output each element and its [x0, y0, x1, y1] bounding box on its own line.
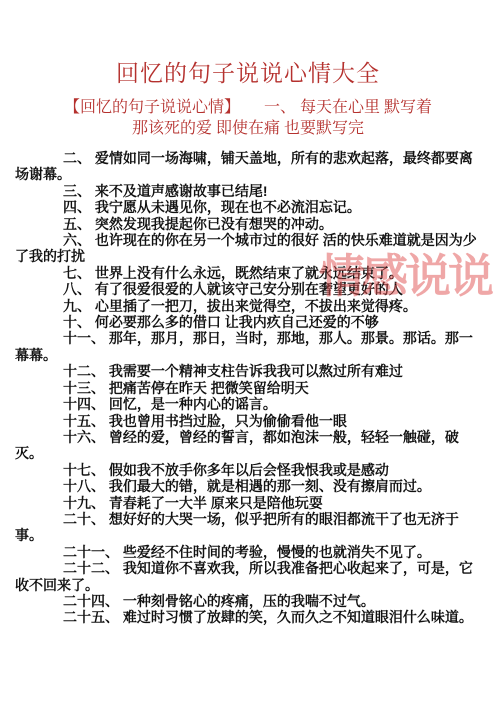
list-item: 二、 爱情如同一场海啸，铺天盖地，所有的悲欢起落，最终都要离场谢幕。: [15, 150, 481, 183]
quote-list: 二、 爱情如同一场海啸，铺天盖地，所有的悲欢起落，最终都要离场谢幕。 三、 来不…: [0, 150, 496, 626]
list-item: 十三、 把痛苦停在昨天 把微笑留给明天: [15, 380, 481, 396]
list-item: 十九、 青春耗了一大半 原来只是陪他玩耍: [15, 495, 481, 511]
lead-line-1: 【回忆的句子说说心情】 一、 每天在心里 默写着: [0, 97, 496, 118]
list-item: 十八、 我们最大的错，就是相遇的那一刻、没有擦肩而过。: [15, 478, 481, 494]
article-page: 回忆的句子说说心情大全 【回忆的句子说说心情】 一、 每天在心里 默写着 那该死…: [0, 0, 496, 702]
list-item: 七、 世界上没有什么永远，既然结束了就永远结束了。: [15, 265, 481, 281]
list-item: 二十二、 我知道你不喜欢我，所以我准备把心收起来了，可是，它收不回来了。: [15, 560, 481, 593]
list-item: 二十、 想好好的大哭一场，似乎把所有的眼泪都流干了也无济于事。: [15, 511, 481, 544]
list-item: 五、 突然发现我提起你已没有想哭的冲动。: [15, 216, 481, 232]
list-item: 九、 心里插了一把刀，拔出来觉得空，不拔出来觉得疼。: [15, 298, 481, 314]
list-item: 十五、 我也曾用书挡过脸，只为偷偷看他一眼: [15, 413, 481, 429]
lead-line-2: 那该死的爱 即使在痛 也要默写完: [0, 118, 496, 139]
list-item: 十、 何必要那么多的借口 让我内疚自己还爱的不够: [15, 314, 481, 330]
page-title: 回忆的句子说说心情大全: [0, 0, 496, 88]
list-item: 二十四、 一种刻骨铭心的疼痛，压的我喘不过气。: [15, 593, 481, 609]
list-item: 十七、 假如我不放手你多年以后会怪我恨我或是感动: [15, 462, 481, 478]
list-item: 十一、 那年，那月，那日，当时，那地，那人。那景。那话。那一幕幕。: [15, 330, 481, 363]
list-item: 十四、 回忆，是一种内心的谣言。: [15, 396, 481, 412]
list-item: 十六、 曾经的爱，曾经的誓言，都如泡沫一般，轻轻一触碰，破灭。: [15, 429, 481, 462]
list-item: 二十五、 难过时习惯了放肆的笑，久而久之不知道眼泪什么味道。: [15, 609, 481, 625]
list-item: 八、 有了很爱很爱的人就该守己安分别在奢望更好的人: [15, 281, 481, 297]
list-item: 六、 也许现在的你在另一个城市过的很好 活的快乐难道就是因为少了我的打扰: [15, 232, 481, 265]
list-item: 四、 我宁愿从未遇见你，现在也不必流泪忘记。: [15, 199, 481, 215]
lead-paragraph: 【回忆的句子说说心情】 一、 每天在心里 默写着 那该死的爱 即使在痛 也要默写…: [0, 97, 496, 139]
list-item: 十二、 我需要一个精神支柱告诉我我可以熬过所有难过: [15, 363, 481, 379]
list-item: 三、 来不及道声感谢故事已结尾!: [15, 183, 481, 199]
list-item: 二十一、 些爱经不住时间的考验，慢慢的也就消失不见了。: [15, 544, 481, 560]
